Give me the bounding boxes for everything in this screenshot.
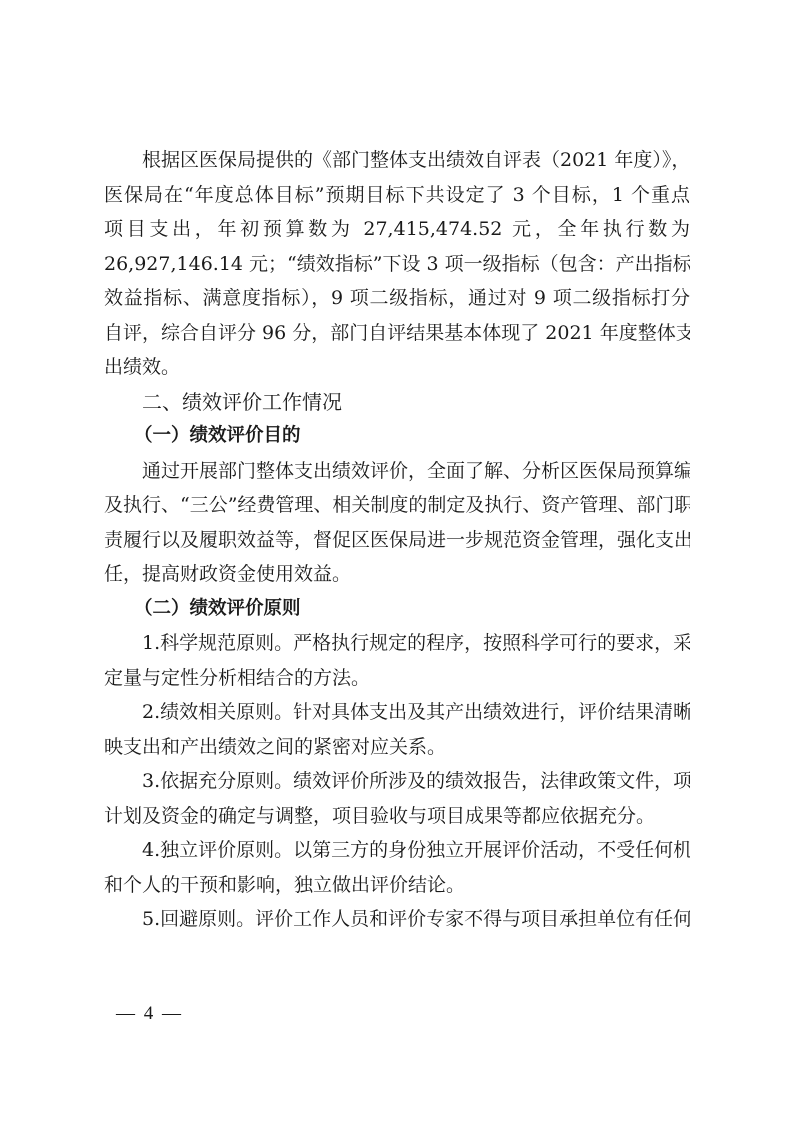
purpose-paragraph: 通过开展部门整体支出绩效评价，全面了解、分析区医保局预算编制 及执行、“三公”经… — [104, 454, 690, 592]
principles-list: 1.科学规范原则。严格执行规定的程序，按照科学可行的要求，采用 定量与定性分析相… — [104, 626, 690, 937]
text-line: 1.科学规范原则。严格执行规定的程序，按照科学可行的要求，采用 — [104, 626, 690, 661]
text-line: 自评，综合自评分 96 分，部门自评结果基本体现了 2021 年度整体支 — [104, 316, 690, 351]
principle-item: 2.绩效相关原则。针对具体支出及其产出绩效进行，评价结果清晰反 映支出和产出绩效… — [104, 695, 690, 764]
subsection-heading: （一）绩效评价目的 — [104, 419, 690, 454]
document-page: 根据区医保局提供的《部门整体支出绩效自评表（2021 年度）》，区 医保局在“年… — [104, 143, 690, 937]
text-line: 26,927,146.14 元；“绩效指标”下设 3 项一级指标（包含：产出指标… — [104, 247, 690, 282]
text-line: 效益指标、满意度指标），9 项二级指标，通过对 9 项二级指标打分 — [104, 281, 690, 316]
text-line: 及执行、“三公”经费管理、相关制度的制定及执行、资产管理、部门职 — [104, 488, 690, 523]
text-line: 3.依据充分原则。绩效评价所涉及的绩效报告，法律政策文件，项目 — [104, 764, 690, 799]
text-line: 责履行以及履职效益等，督促区医保局进一步规范资金管理，强化支出责 — [104, 523, 690, 558]
text-line: 4.独立评价原则。以第三方的身份独立开展评价活动，不受任何机构 — [104, 833, 690, 868]
text-line: 和个人的干预和影响，独立做出评价结论。 — [104, 868, 690, 903]
page-number: — 4 — — [116, 1003, 183, 1025]
text-line: 通过开展部门整体支出绩效评价，全面了解、分析区医保局预算编制 — [104, 454, 690, 489]
text-line: 定量与定性分析相结合的方法。 — [104, 661, 690, 696]
intro-paragraph: 根据区医保局提供的《部门整体支出绩效自评表（2021 年度）》，区 医保局在“年… — [104, 143, 690, 385]
text-line: 出绩效。 — [104, 350, 690, 385]
principle-item: 3.依据充分原则。绩效评价所涉及的绩效报告，法律政策文件，项目 计划及资金的确定… — [104, 764, 690, 833]
principle-item: 1.科学规范原则。严格执行规定的程序，按照科学可行的要求，采用 定量与定性分析相… — [104, 626, 690, 695]
text-line: 任，提高财政资金使用效益。 — [104, 557, 690, 592]
text-line: 映支出和产出绩效之间的紧密对应关系。 — [104, 730, 690, 765]
text-line: 项目支出，年初预算数为 27,415,474.52 元，全年执行数为 — [104, 212, 690, 247]
principle-item: 5.回避原则。评价工作人员和评价专家不得与项目承担单位有任何利 — [104, 902, 690, 937]
text-line: 计划及资金的确定与调整，项目验收与项目成果等都应依据充分。 — [104, 799, 690, 834]
principle-item: 4.独立评价原则。以第三方的身份独立开展评价活动，不受任何机构 和个人的干预和影… — [104, 833, 690, 902]
text-line: 医保局在“年度总体目标”预期目标下共设定了 3 个目标，1 个重点 — [104, 178, 690, 213]
subsection-heading: （二）绩效评价原则 — [104, 592, 690, 627]
text-line: 根据区医保局提供的《部门整体支出绩效自评表（2021 年度）》，区 — [104, 143, 690, 178]
text-line: 2.绩效相关原则。针对具体支出及其产出绩效进行，评价结果清晰反 — [104, 695, 690, 730]
section-heading: 二、绩效评价工作情况 — [104, 385, 690, 420]
text-line: 5.回避原则。评价工作人员和评价专家不得与项目承担单位有任何利 — [104, 902, 690, 937]
